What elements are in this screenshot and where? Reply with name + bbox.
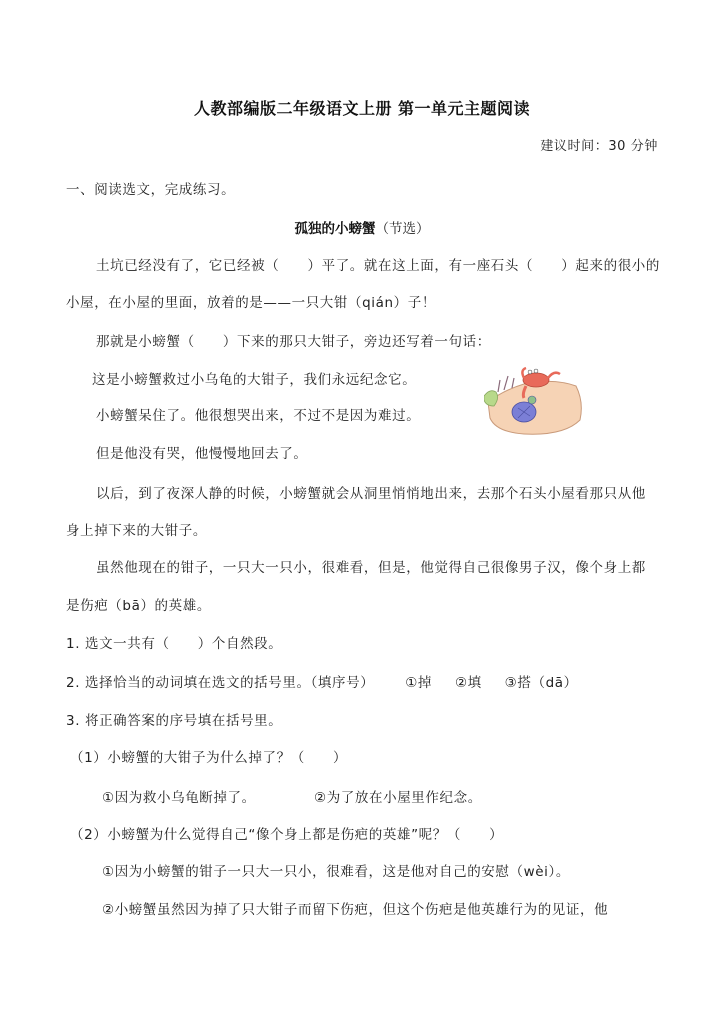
question-3: 3. 将正确答案的序号填在括号里。 <box>66 711 282 731</box>
paragraph-line: 但是他没有哭，他慢慢地回去了。 <box>96 444 308 464</box>
story-title-note: （节选） <box>376 221 430 237</box>
page-title: 人教部编版二年级语文上册 第一单元主题阅读 <box>0 96 724 119</box>
paragraph-line: 小屋，在小屋的里面，放着的是——一只大钳（qián）子！ <box>66 293 436 313</box>
paragraph-line: 身上掉下来的大钳子。 <box>66 521 207 541</box>
option-2: ②填 <box>455 675 482 691</box>
option-1: ①掉 <box>405 675 432 691</box>
paragraph-line: 虽然他现在的钳子，一只大一只小，很难看，但是，他觉得自己很像男子汉，像个身上都 <box>96 558 646 578</box>
question-3-1-option-1: ①因为救小乌龟断掉了。 <box>102 788 256 808</box>
question-3-2-option-2: ②小螃蟹虽然因为掉了只大钳子而留下伤疤，但这个伤疤是他英雄行为的见证，他 <box>102 900 608 920</box>
paragraph-line: 小螃蟹呆住了。他很想哭出来，不过不是因为难过。 <box>96 406 420 426</box>
paragraph-line: 这是小螃蟹救过小乌龟的大钳子，我们永远纪念它。 <box>92 370 416 390</box>
question-2: 2. 选择恰当的动词填在选文的括号里。（填序号） ①掉 ②填 ③搭（dā） <box>66 673 578 693</box>
paragraph-line: 土坑已经没有了，它已经被（ ）平了。就在这上面，有一座石头（ ）起来的很小的 <box>96 256 660 276</box>
paragraph-line: 以后，到了夜深人静的时候，小螃蟹就会从洞里悄悄地出来，去那个石头小屋看那只从他 <box>96 484 646 504</box>
paragraph-line: 那就是小螃蟹（ ）下来的那只大钳子，旁边还写着一句话： <box>96 332 491 352</box>
story-title-text: 孤独的小螃蟹 <box>295 221 376 237</box>
option-3: ③搭（dā） <box>505 675 578 691</box>
paragraph-line: 是伤疤（bā）的英雄。 <box>66 596 211 616</box>
question-3-2-option-1: ①因为小螃蟹的钳子一只大一只小，很难看，这是他对自己的安慰（wèi）。 <box>102 862 570 882</box>
question-3-2: （2）小螃蟹为什么觉得自己“像个身上都是伤疤的英雄”呢？（ ） <box>70 825 503 845</box>
question-2-text: 2. 选择恰当的动词填在选文的括号里。（填序号） <box>66 675 374 691</box>
question-3-1-option-2: ②为了放在小屋里作纪念。 <box>314 788 482 808</box>
suggested-time: 建议时间：30 分钟 <box>540 135 658 154</box>
question-1: 1. 选文一共有（ ）个自然段。 <box>66 634 282 654</box>
section-heading: 一、阅读选文，完成练习。 <box>66 180 235 200</box>
story-title: 孤独的小螃蟹（节选） <box>0 217 724 237</box>
question-3-1: （1）小螃蟹的大钳子为什么掉了？（ ） <box>70 748 347 768</box>
crab-turtle-illustration-icon <box>484 362 584 438</box>
